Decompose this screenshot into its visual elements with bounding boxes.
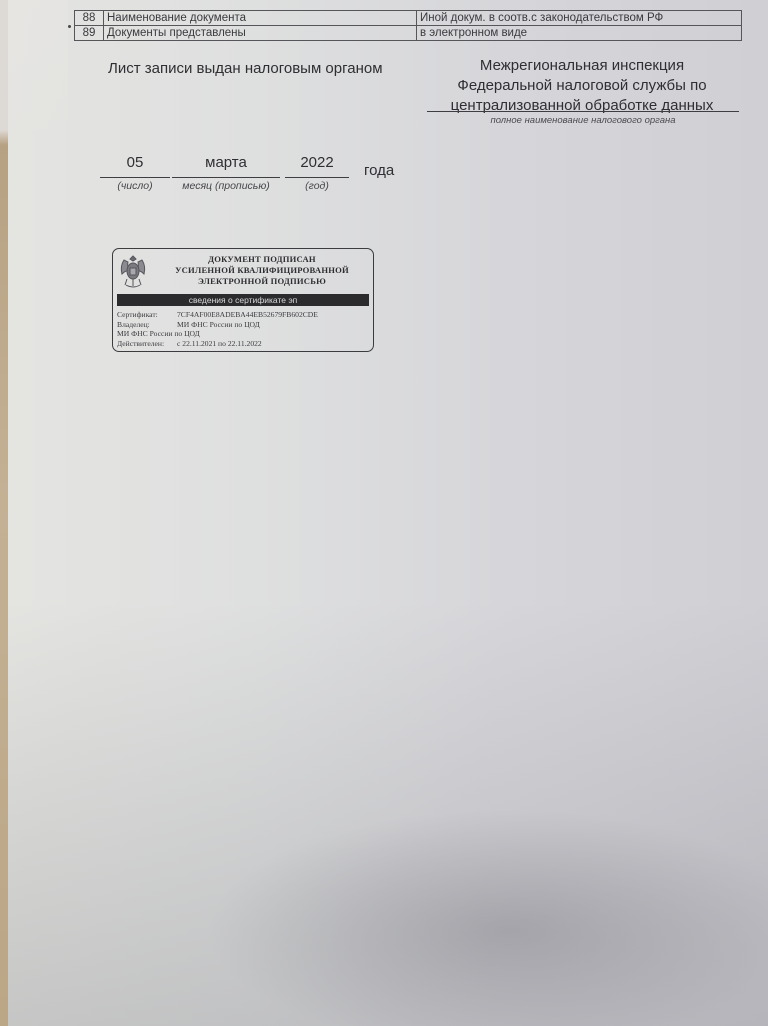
e-signature-stamp: ДОКУМЕНТ ПОДПИСАН УСИЛЕННОЙ КВАЛИФИЦИРОВ… (112, 248, 374, 352)
tax-authority-name: Межрегиональная инспекция Федеральной на… (426, 56, 738, 116)
table-row: 88 Наименование документа Иной докум. в … (75, 11, 742, 26)
validity-label: Действителен: (117, 339, 177, 349)
document-page: 88 Наименование документа Иной докум. в … (8, 0, 768, 1026)
date-month: марта (172, 154, 280, 171)
validity-value: с 22.11.2021 по 22.11.2022 (177, 339, 262, 348)
stamp-title-line: ДОКУМЕНТ ПОДПИСАН (153, 254, 371, 265)
issued-by-label: Лист записи выдан налоговым органом (108, 60, 383, 77)
row-label: Документы представлены (104, 26, 417, 41)
owner-row-continued: МИ ФНС России по ЦОД (117, 329, 371, 339)
certificate-details: Сертификат:7CF4AF00E8ADEBA44EB52679FB602… (117, 310, 371, 348)
stamp-title: ДОКУМЕНТ ПОДПИСАН УСИЛЕННОЙ КВАЛИФИЦИРОВ… (153, 254, 371, 287)
ink-dot (68, 25, 71, 28)
authority-line: Федеральной налоговой службы по (426, 76, 738, 96)
date-day-underline (100, 177, 170, 178)
row-value: Иной докум. в соотв.с законодательством … (417, 11, 742, 26)
row-number: 88 (75, 11, 104, 26)
stamp-title-line: УСИЛЕННОЙ КВАЛИФИЦИРОВАННОЙ (153, 265, 371, 276)
owner-label: Владелец: (117, 320, 177, 330)
registry-table: 88 Наименование документа Иной докум. в … (74, 10, 742, 41)
date-suffix: года (364, 162, 394, 179)
certificate-value: 7CF4AF00E8ADEBA44EB52679FB602CDE (177, 310, 318, 319)
certificate-info-bar: сведения о сертификате эп (117, 294, 369, 306)
authority-line: централизованной обработке данных (426, 96, 738, 116)
validity-row: Действителен:с 22.11.2021 по 22.11.2022 (117, 339, 371, 349)
date-year: 2022 (285, 154, 349, 171)
certificate-row: Сертификат:7CF4AF00E8ADEBA44EB52679FB602… (117, 310, 371, 320)
row-label: Наименование документа (104, 11, 417, 26)
authority-caption: полное наименование налогового органа (427, 115, 739, 126)
stamp-title-line: ЭЛЕКТРОННОЙ ПОДПИСЬЮ (153, 276, 371, 287)
date-year-underline (285, 177, 349, 178)
row-number: 89 (75, 26, 104, 41)
owner-row: Владелец:МИ ФНС России по ЦОД (117, 320, 371, 330)
row-value: в электронном виде (417, 26, 742, 41)
authority-underline (427, 111, 739, 112)
owner-value-line2: МИ ФНС России по ЦОД (117, 329, 200, 338)
owner-value: МИ ФНС России по ЦОД (177, 320, 260, 329)
date-month-underline (172, 177, 280, 178)
date-year-caption: (год) (285, 180, 349, 192)
authority-line: Межрегиональная инспекция (426, 56, 738, 76)
date-month-caption: месяц (прописью) (172, 180, 280, 192)
certificate-label: Сертификат: (117, 310, 177, 320)
date-day-caption: (число) (100, 180, 170, 192)
date-day: 05 (100, 154, 170, 171)
russian-coat-of-arms-icon (116, 252, 150, 290)
table-row: 89 Документы представлены в электронном … (75, 26, 742, 41)
